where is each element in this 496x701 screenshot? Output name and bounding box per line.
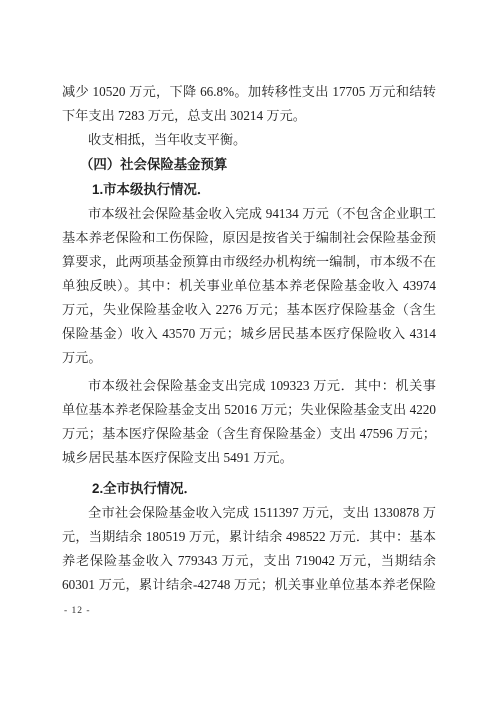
body-text-line: 基本养老保险和工伤保险，原因是按省关于编制社会保险基金预 xyxy=(62,226,436,250)
heading-line: 2.全市执行情况． xyxy=(62,477,436,501)
body-text-line: 万元，失业保险基金收入 2276 万元；基本医疗保险基金（含生育 xyxy=(62,298,436,322)
body-text-line: 60301 万元，累计结余-42748 万元；机关事业单位基本养老保险 xyxy=(62,573,436,597)
body-text-line: 市本级社会保险基金支出完成 109323 万元．其中：机关事业 xyxy=(62,374,436,398)
page-number: - 12 - xyxy=(64,604,91,618)
body-text-line: 保险基金）收入 43570 万元；城乡居民基本医疗保险收入 4314 xyxy=(62,322,436,346)
document-page: 减少 10520 万元，下降 66.8%。加转移性支出 17705 万元和结转下… xyxy=(0,0,496,701)
body-text-line: 养老保险基金收入 779343 万元，支出 719042 万元，当期结余 xyxy=(62,549,436,573)
body-text-line: 全市社会保险基金收入完成 1511397 万元，支出 1330878 万 xyxy=(62,501,436,525)
body-text-line: 下年支出 7283 万元，总支出 30214 万元。 xyxy=(62,104,436,128)
body-text-line: 算要求，此两项基金预算由市级经办机构统一编制，市本级不在 xyxy=(62,250,436,274)
heading-line: 1.市本级执行情况． xyxy=(62,178,436,202)
body-text-line: 单独反映）。其中：机关事业单位基本养老保险基金收入 43974 xyxy=(62,274,436,298)
document-body: 减少 10520 万元，下降 66.8%。加转移性支出 17705 万元和结转下… xyxy=(62,80,436,597)
body-text-line: 城乡居民基本医疗保险支出 5491 万元。 xyxy=(62,446,436,470)
body-text-line: 元，当期结余 180519 万元，累计结余 498522 万元．其中：基本 xyxy=(62,525,436,549)
body-text-line: 单位基本养老保险基金支出 52016 万元；失业保险基金支出 4220 xyxy=(62,398,436,422)
body-text-line: 市本级社会保险基金收入完成 94134 万元（不包含企业职工 xyxy=(62,202,436,226)
body-text-line: 万元。 xyxy=(62,346,436,370)
body-text-line: 减少 10520 万元，下降 66.8%。加转移性支出 17705 万元和结转 xyxy=(62,80,436,104)
heading-line: （四）社会保险基金预算 xyxy=(62,153,436,177)
body-text-line: 收支相抵，当年收支平衡。 xyxy=(62,128,436,152)
body-text-line: 万元；基本医疗保险基金（含生育保险基金）支出 47596 万元； xyxy=(62,422,436,446)
